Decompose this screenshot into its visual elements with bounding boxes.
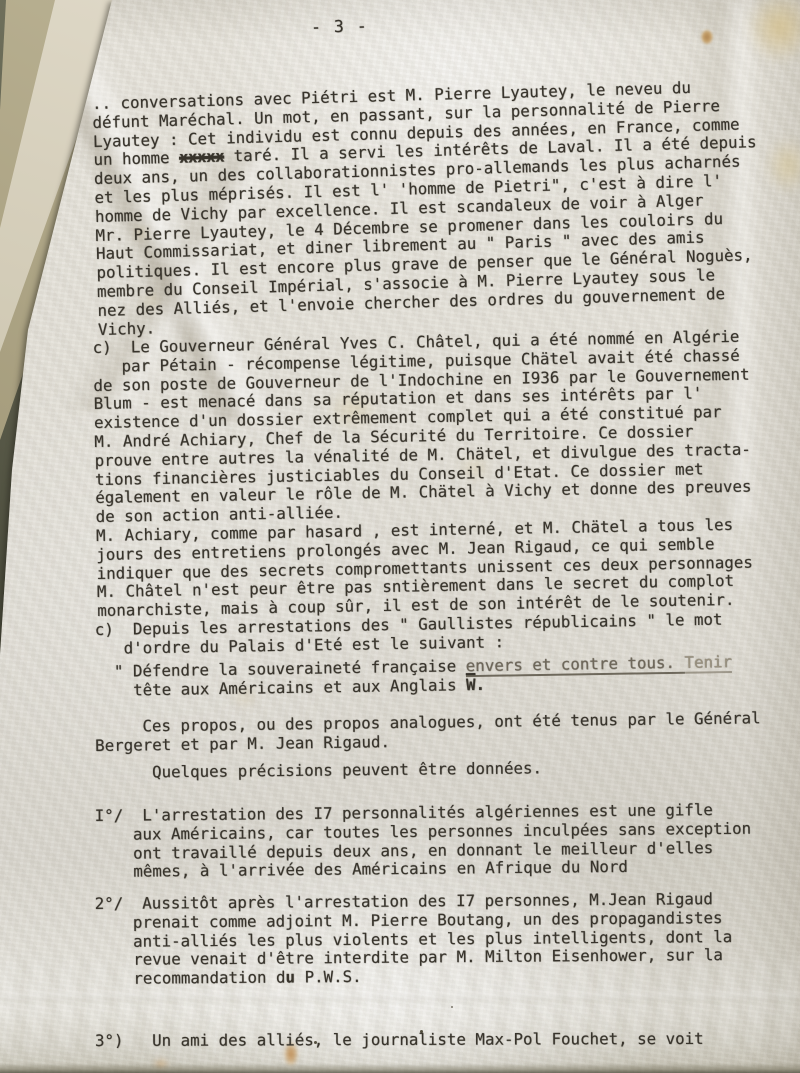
document-text-layer: - 3 - .. conversations avec Piétri est M… — [0, 0, 800, 1073]
paragraph-propos: Ces propos, ou des propos analogues, ont… — [95, 709, 800, 756]
paragraph-precisions: Quelques précisions peuvent être données… — [95, 757, 800, 783]
text-line: 3°) Un ami des alliés, le journaliste Ma… — [95, 1029, 800, 1050]
text-line: recommandation du P.W.S. — [95, 965, 800, 989]
typewritten-page: - 3 - .. conversations avec Piétri est M… — [0, 0, 800, 1073]
page-number: - 3 - — [311, 17, 369, 37]
photographed-document-scene: - 3 - .. conversations avec Piétri est M… — [0, 0, 800, 1073]
paper-shadow-wrap: - 3 - .. conversations avec Piétri est M… — [0, 0, 800, 1073]
quote-mot-d-ordre: " Défendre la souveraineté française env… — [95, 652, 800, 701]
page-bottom-edge — [0, 1064, 800, 1073]
item-1: I°/ L'arrestation des I7 personnalités a… — [95, 800, 800, 882]
item-3: 3°) Un ami des alliés, le journaliste Ma… — [95, 1029, 800, 1050]
paragraph-chatel: c) Le Gouverneur Général Yves C. Châtel,… — [93, 327, 800, 621]
paragraph-lyautey: .. conversations avec Piétri est M. Pier… — [92, 76, 800, 339]
document-text: .. conversations avec Piétri est M. Pier… — [95, 95, 800, 1051]
item-2: 2°/ Aussitôt après l'arrestation des I7 … — [95, 889, 800, 989]
text-line: Quelques précisions peuvent être données… — [95, 757, 800, 783]
